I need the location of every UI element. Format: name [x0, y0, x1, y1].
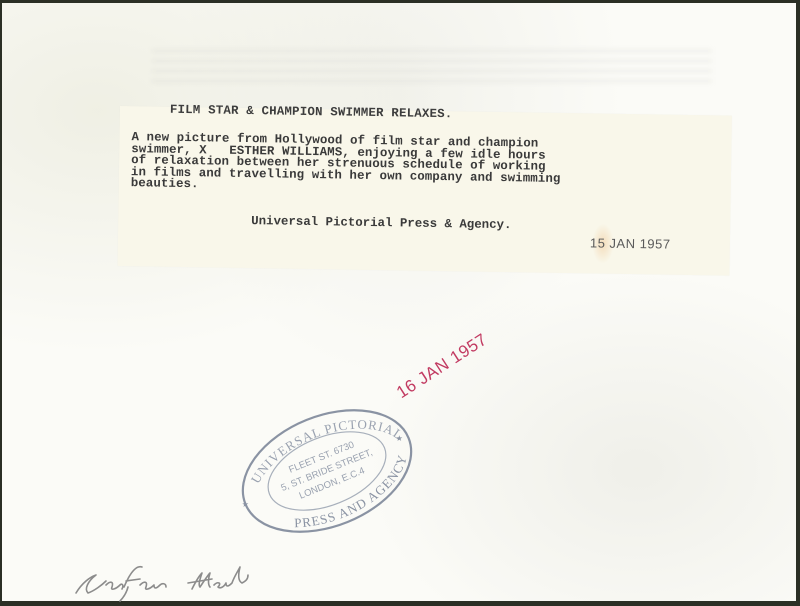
handwritten-signature: [72, 563, 292, 603]
caption-slip: FILM STAR & CHAMPION SWIMMER RELAXES. A …: [117, 106, 731, 276]
caption-body: A new picture from Hollywood of film sta…: [131, 132, 732, 199]
star-icon: ★: [242, 499, 249, 511]
received-date-stamp: 15 JAN 1957: [590, 235, 671, 251]
signature-scrawl: [72, 563, 292, 603]
caption-title: FILM STAR & CHAMPION SWIMMER RELAXES.: [170, 103, 453, 121]
star-icon: ★: [396, 433, 403, 445]
agency-stamp-graphic: UNIVERSAL PICTORIAL PRESS AND AGENCY FLE…: [232, 403, 422, 538]
caption-credit: Universal Pictorial Press & Agency.: [251, 214, 511, 232]
agency-oval-stamp: UNIVERSAL PICTORIAL PRESS AND AGENCY FLE…: [232, 403, 422, 538]
bleed-through-text: [152, 43, 712, 83]
photo-reverse-paper: FILM STAR & CHAMPION SWIMMER RELAXES. A …: [2, 3, 796, 601]
red-date-stamp: 16 JAN 1957: [393, 330, 491, 403]
